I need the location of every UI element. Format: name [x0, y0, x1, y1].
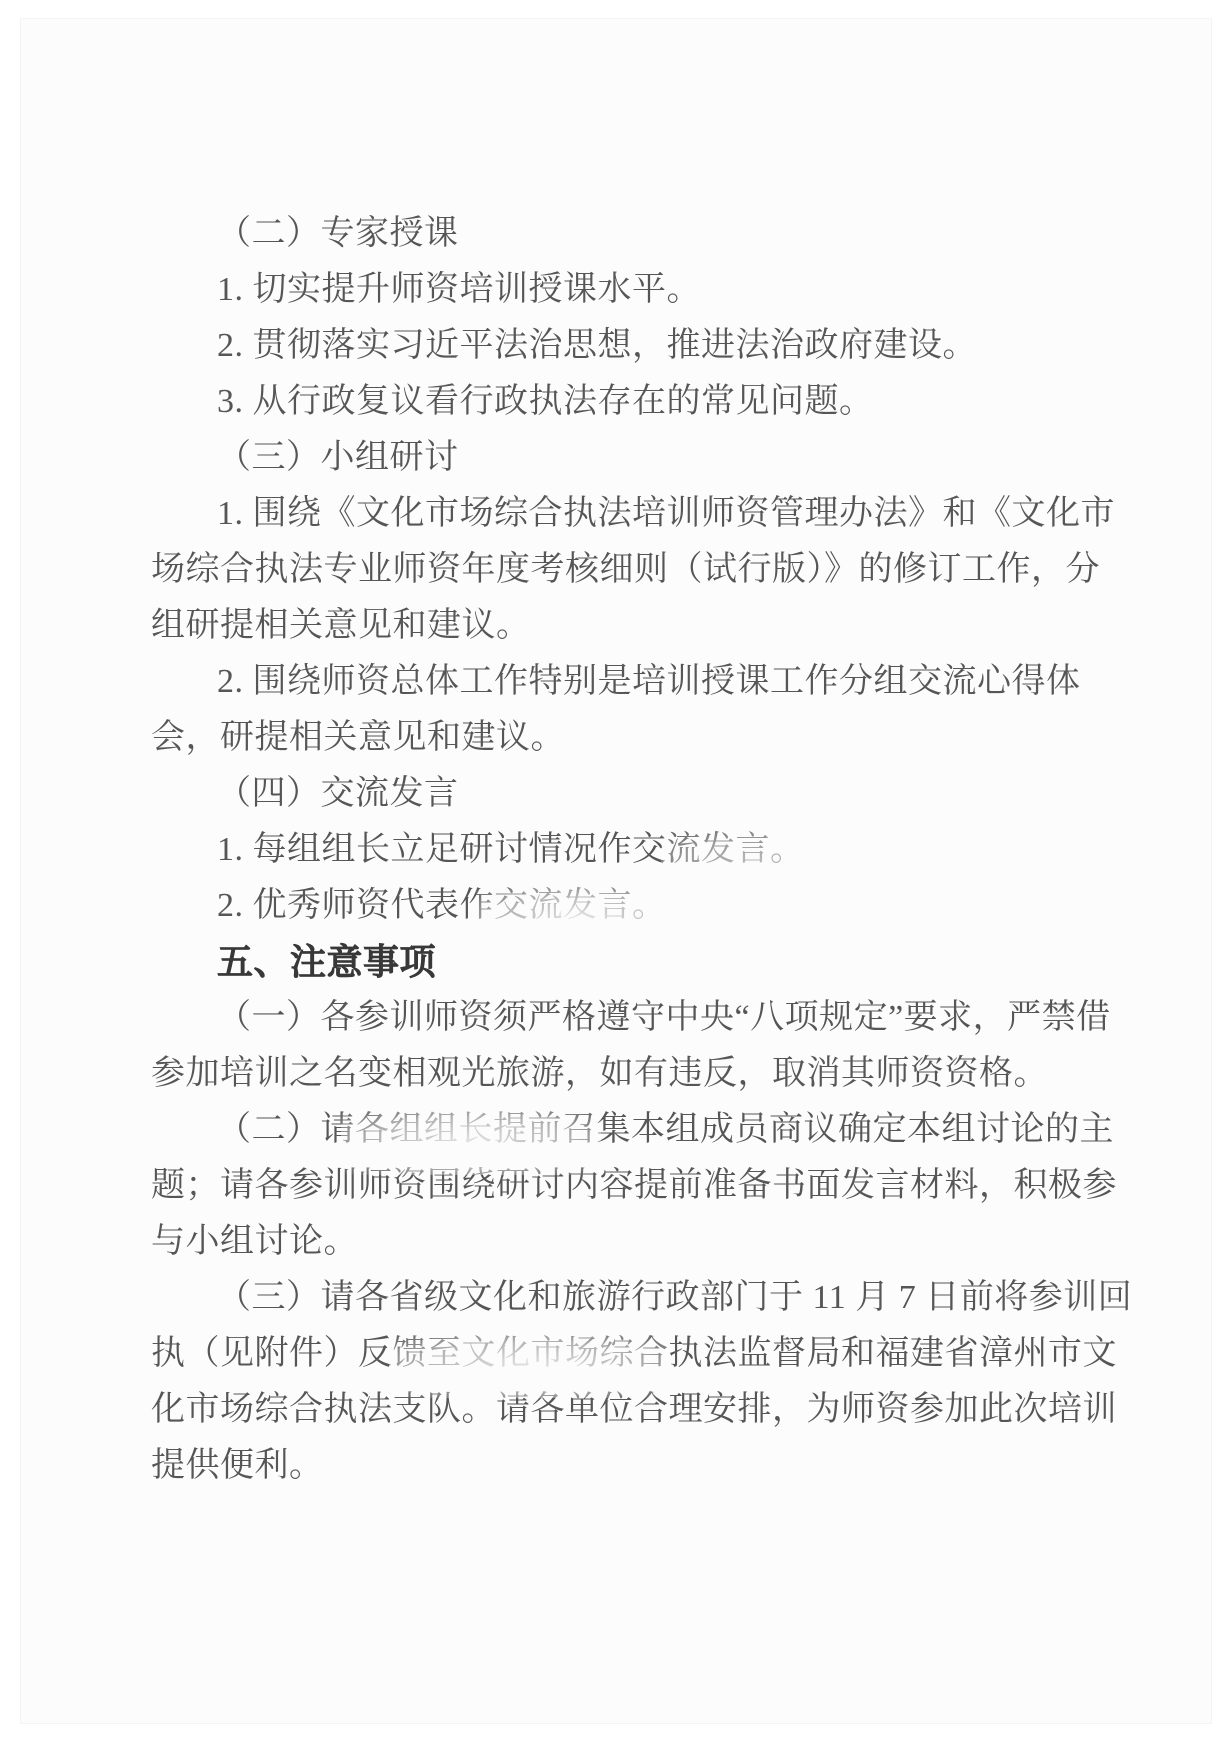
doc-line-17: （二）请各组组长提前召集本组成员商议确定本组讨论的主 — [151, 1102, 1116, 1158]
doc-line-21: 执（见附件）反馈至文化市场综合执法监督局和福建省漳州市文 — [151, 1326, 1116, 1382]
doc-line-18: 题；请各参训师资围绕研讨内容提前准备书面发言材料，积极参 — [151, 1158, 1116, 1214]
document-body: （二）专家授课 1. 切实提升师资培训授课水平。 2. 贯彻落实习近平法治思想，… — [151, 206, 1116, 1494]
doc-line-01: （二）专家授课 — [151, 206, 1116, 262]
doc-heading-notes: 五、注意事项 — [151, 934, 1116, 990]
doc-line-05: （三）小组研讨 — [151, 430, 1116, 486]
doc-line-15: （一）各参训师资须严格遵守中央“八项规定”要求，严禁借 — [151, 990, 1116, 1046]
doc-line-13: 2. 优秀师资代表作交流发言。 — [151, 878, 1116, 934]
scanned-page: （二）专家授课 1. 切实提升师资培训授课水平。 2. 贯彻落实习近平法治思想，… — [0, 0, 1231, 1742]
doc-line-08: 组研提相关意见和建议。 — [151, 598, 1116, 654]
doc-line-12: 1. 每组组长立足研讨情况作交流发言。 — [151, 822, 1116, 878]
paper-sheet: （二）专家授课 1. 切实提升师资培训授课水平。 2. 贯彻落实习近平法治思想，… — [20, 18, 1212, 1724]
doc-line-19: 与小组讨论。 — [151, 1214, 1116, 1270]
doc-line-22: 化市场综合执法支队。请各单位合理安排，为师资参加此次培训 — [151, 1382, 1116, 1438]
doc-line-03: 2. 贯彻落实习近平法治思想，推进法治政府建设。 — [151, 318, 1116, 374]
doc-line-07: 场综合执法专业师资年度考核细则（试行版）》的修订工作，分 — [151, 542, 1116, 598]
doc-line-04: 3. 从行政复议看行政执法存在的常见问题。 — [151, 374, 1116, 430]
doc-line-11: （四）交流发言 — [151, 766, 1116, 822]
doc-line-23: 提供便利。 — [151, 1438, 1116, 1494]
doc-line-09: 2. 围绕师资总体工作特别是培训授课工作分组交流心得体 — [151, 654, 1116, 710]
doc-line-06: 1. 围绕《文化市场综合执法培训师资管理办法》和《文化市 — [151, 486, 1116, 542]
doc-line-10: 会，研提相关意见和建议。 — [151, 710, 1116, 766]
doc-line-16: 参加培训之名变相观光旅游，如有违反，取消其师资资格。 — [151, 1046, 1116, 1102]
doc-line-20: （三）请各省级文化和旅游行政部门于 11 月 7 日前将参训回 — [151, 1270, 1116, 1326]
doc-line-02: 1. 切实提升师资培训授课水平。 — [151, 262, 1116, 318]
